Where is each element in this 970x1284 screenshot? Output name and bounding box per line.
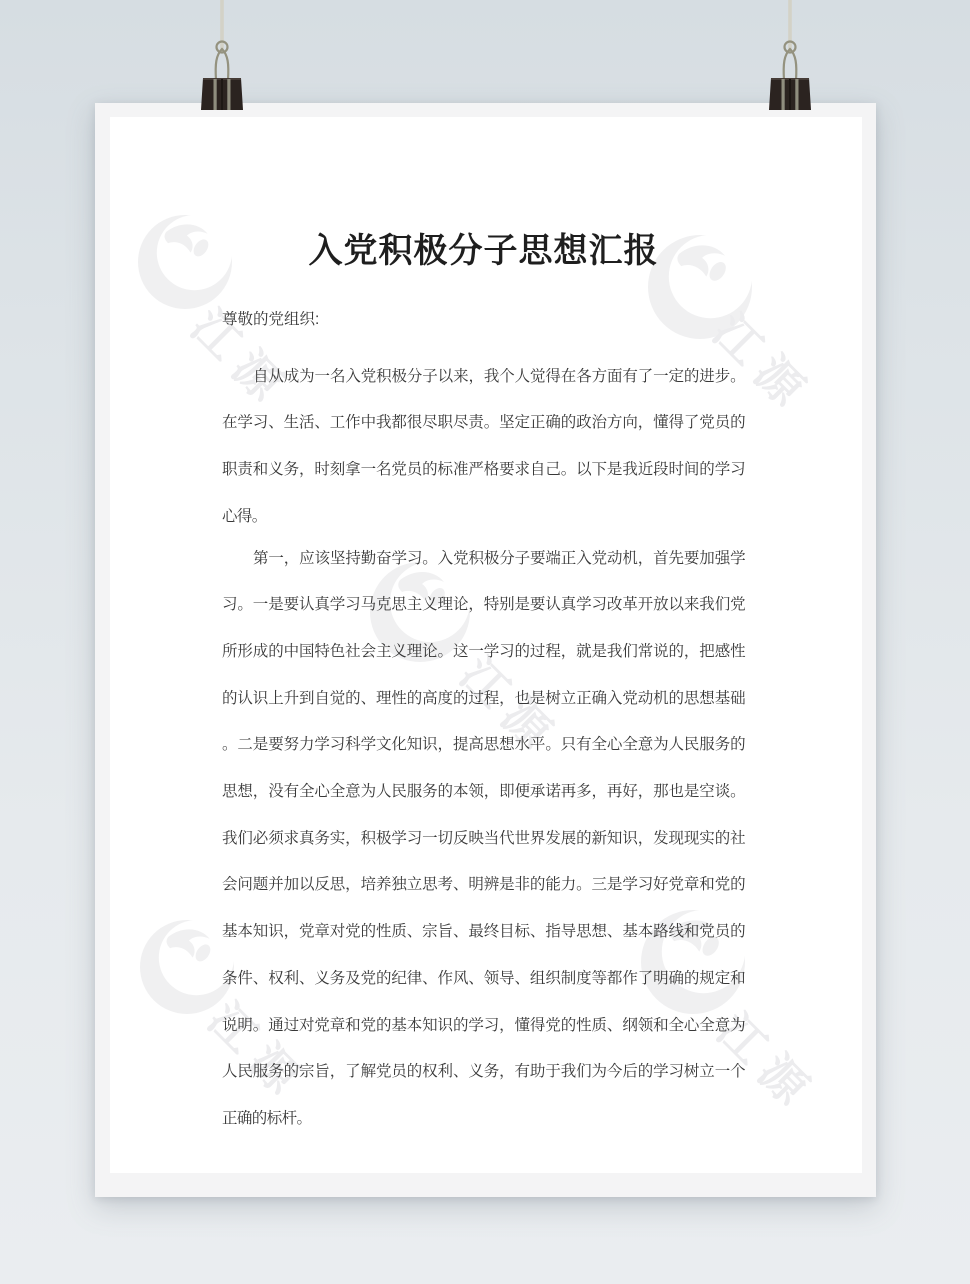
page-title: 入党积极分子思想汇报: [222, 227, 745, 275]
binder-clip-icon: [766, 0, 814, 112]
paragraph: 第一，应该坚持勤奋学习。入党积极分子要端正入党动机，首先要加强学 习。一是要认真…: [222, 536, 745, 1143]
text-line: 在学习、生活、工作中我都很尽职尽责。坚定正确的政治方向，懂得了党员的: [222, 400, 745, 447]
text-line: 会问题并加以反思，培养独立思考、明辨是非的能力。三是学习好党章和党的: [222, 862, 745, 909]
text-line: 心得。: [222, 494, 745, 541]
text-line: 说明。通过对党章和党的基本知识的学习，懂得党的性质、纲领和全心全意为: [222, 1003, 745, 1050]
hanging-string: [220, 0, 224, 52]
page-background: { "colors": { "background_top": "#d6dde2…: [0, 0, 970, 1284]
hanging-string: [788, 0, 792, 52]
text-line: 条件、权利、义务及党的纪律、作风、领导、组织制度等都作了明确的规定和: [222, 956, 745, 1003]
text-line: 我们必须求真务实，积极学习一切反映当代世界发展的新知识，发现现实的社: [222, 816, 745, 863]
paper-inner: 江源 江源 江源 江源 江源 入党积极分子思想汇报 尊敬的党组织: 自从成为一名…: [110, 117, 862, 1173]
binder-clip-right: [766, 0, 814, 112]
document-content: 入党积极分子思想汇报 尊敬的党组织: 自从成为一名入党积极分子以来，我个人觉得在…: [110, 227, 862, 1143]
binder-clip-icon: [198, 0, 246, 112]
text-line: 基本知识，党章对党的性质、宗旨、最终目标、指导思想、基本路线和党员的: [222, 909, 745, 956]
text-line: 正确的标杆。: [222, 1096, 745, 1143]
salutation: 尊敬的党组织:: [222, 297, 745, 344]
text-line: 习。一是要认真学习马克思主义理论，特别是要认真学习改革开放以来我们党: [222, 582, 745, 629]
binder-clip-left: [198, 0, 246, 112]
text-line: 第一，应该坚持勤奋学习。入党积极分子要端正入党动机，首先要加强学: [222, 536, 745, 583]
text-line: 思想，没有全心全意为人民服务的本领，即便承诺再多，再好，那也是空谈。: [222, 769, 745, 816]
text-line: 所形成的中国特色社会主义理论。这一学习的过程，就是我们常说的，把感性: [222, 629, 745, 676]
text-line: 。二是要努力学习科学文化知识，提高思想水平。只有全心全意为人民服务的: [222, 722, 745, 769]
text-line: 职责和义务，时刻拿一名党员的标准严格要求自己。以下是我近段时间的学习: [222, 447, 745, 494]
text-line: 自从成为一名入党积极分子以来，我个人觉得在各方面有了一定的进步。: [222, 354, 745, 401]
paper-sheet: 江源 江源 江源 江源 江源 入党积极分子思想汇报 尊敬的党组织: 自从成为一名…: [95, 103, 876, 1197]
text-line: 的认识上升到自觉的、理性的高度的过程，也是树立正确入党动机的思想基础: [222, 676, 745, 723]
text-line: 人民服务的宗旨，了解党员的权利、义务，有助于我们为今后的学习树立一个: [222, 1049, 745, 1096]
paragraph: 自从成为一名入党积极分子以来，我个人觉得在各方面有了一定的进步。 在学习、生活、…: [222, 354, 745, 541]
